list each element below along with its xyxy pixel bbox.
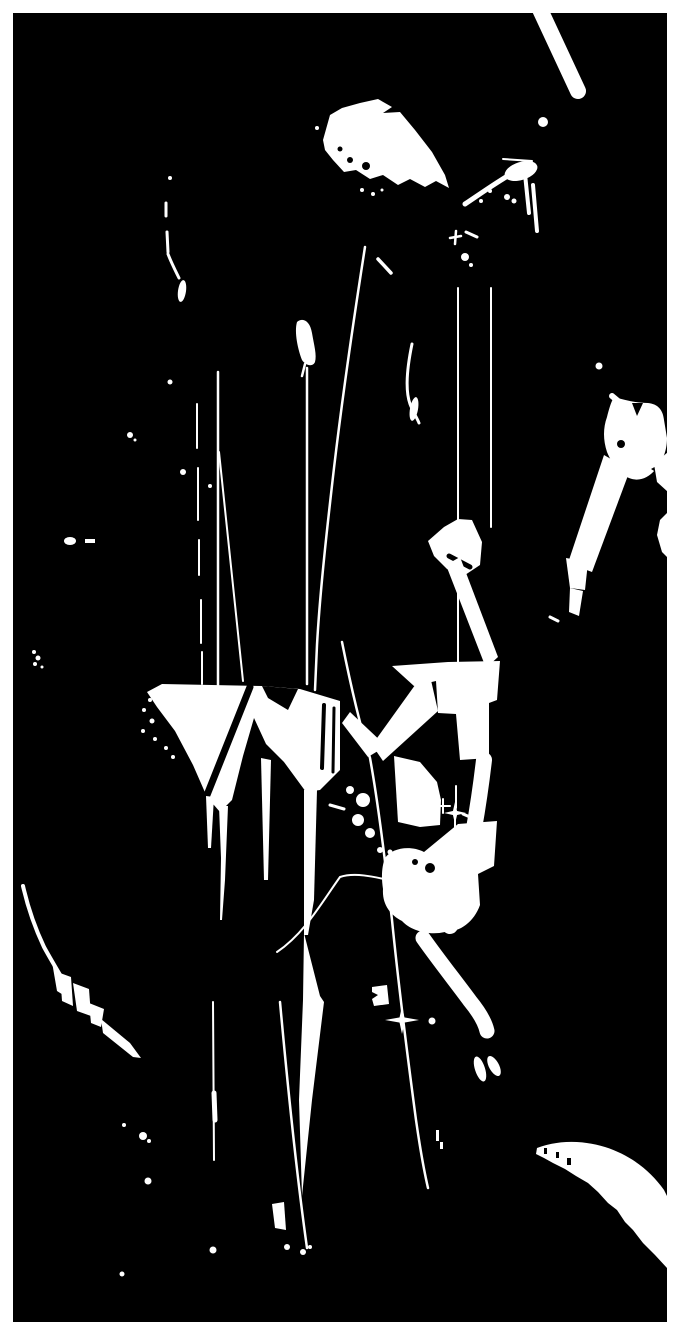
head-dot-2 [388, 850, 393, 855]
knot-blob-3 [365, 828, 375, 838]
dash-pair-2 [440, 1142, 443, 1149]
dot-170-382 [168, 380, 173, 385]
head-blob-hole-1 [425, 863, 435, 873]
dot-149-1141 [147, 1139, 151, 1143]
crescent-notch-1 [544, 1148, 547, 1154]
dot-124-1125 [122, 1123, 126, 1127]
mark-310-1247 [308, 1245, 312, 1249]
speckle-d [41, 666, 44, 669]
crescent-notch-2 [556, 1152, 559, 1158]
mass-speck-3 [150, 719, 155, 724]
dot-210-486 [208, 484, 212, 488]
wiggly-dot [168, 176, 172, 180]
vline-213-low [213, 1002, 214, 1160]
central-mass-slit-1 [322, 705, 324, 768]
claw-dot-1 [504, 194, 510, 200]
wiggly-dash-2 [167, 232, 168, 252]
top-blob-speck-4 [315, 126, 319, 130]
crescent-notch-3 [567, 1158, 571, 1165]
claw-dot-3 [488, 189, 492, 193]
top-blob-hole-1 [347, 157, 353, 163]
dot-143-1136 [139, 1132, 147, 1140]
top-blob-hole-3 [338, 147, 343, 152]
knot-blob-4 [346, 786, 354, 794]
dot-432-1021 [429, 1018, 436, 1025]
dash-85-541 [85, 539, 95, 543]
dot-122-1274 [120, 1272, 125, 1277]
mass-speck-2 [142, 708, 146, 712]
mass-speck-6 [164, 746, 168, 750]
mask-canvas [0, 0, 680, 1335]
dot-135-440 [134, 439, 137, 442]
dot-148-1181 [145, 1178, 152, 1185]
head-dot-1 [377, 847, 383, 853]
dot-543-122 [538, 117, 548, 127]
vline-213-blob [214, 1093, 215, 1120]
speckle-b [36, 656, 41, 661]
dash-pair-1 [436, 1130, 439, 1141]
knot-blob-2 [352, 814, 364, 826]
knot-blob-1 [356, 793, 370, 807]
claw-dot-2 [512, 199, 517, 204]
mark-303-1252 [300, 1249, 306, 1255]
dot-183-472 [180, 469, 186, 475]
cross-speck-v [455, 231, 456, 244]
binary-mask-image [0, 0, 680, 1335]
top-blob-speck-2 [371, 192, 375, 196]
mass-speck-5 [153, 737, 157, 741]
top-blob-hole-2 [362, 162, 370, 170]
speck-blob-1 [461, 253, 469, 261]
dot-213-1250 [210, 1247, 217, 1254]
dot-599-366 [596, 363, 603, 370]
top-blob-speck-3 [381, 189, 384, 192]
mask-background [0, 0, 680, 1335]
claw-dot-4 [479, 199, 483, 203]
mass-speck-1 [148, 698, 152, 702]
speck-blob-2 [469, 263, 473, 267]
central-mass-slit-2 [333, 708, 334, 772]
speckle-a [32, 650, 36, 654]
mass-speck-4 [141, 729, 145, 733]
speckle-c [33, 662, 37, 666]
top-blob-speck-1 [360, 188, 364, 192]
dot-130-435 [127, 432, 133, 438]
mass-speck-7 [171, 755, 175, 759]
mark-287-1247 [284, 1244, 290, 1250]
flower-hole [617, 440, 625, 448]
oval-70-541 [64, 537, 76, 545]
head-blob-hole-2 [412, 859, 418, 865]
